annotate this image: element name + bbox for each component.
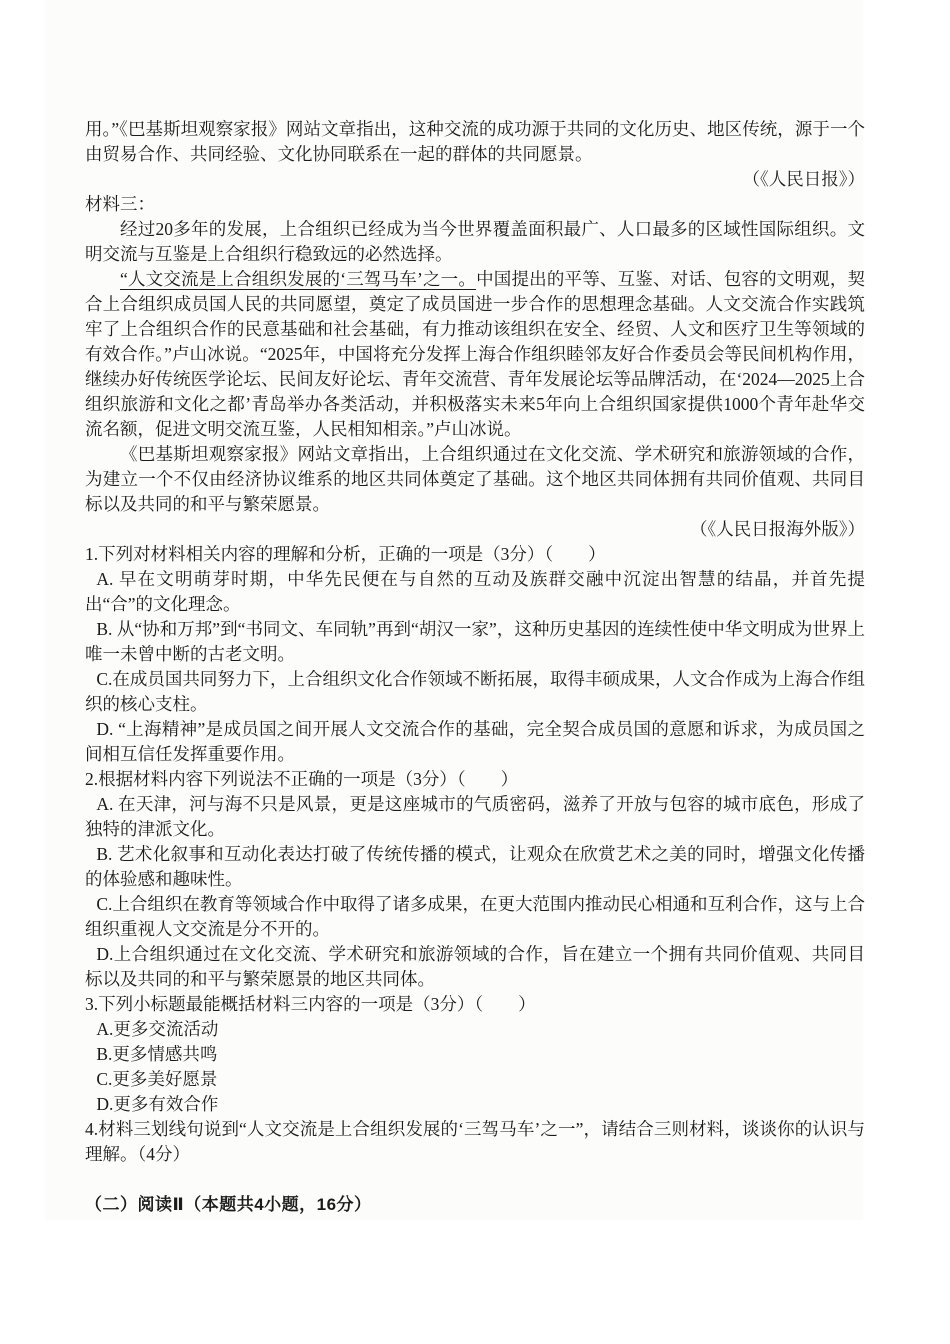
- question-stem: 1.下列对材料相关内容的理解和分析，正确的一项是（3分）（ ）: [85, 542, 865, 567]
- text-run: C.上合组织在教育等领域合作中取得了诸多成果，在更大范围内推动民心相通和互利合作…: [85, 894, 865, 939]
- text-run: 1.下列对材料相关内容的理解和分析，正确的一项是（3分）（ ）: [85, 544, 606, 564]
- answer-option: C.在成员国共同努力下，上合组织文化合作领域不断拓展，取得丰硕成果，人文合作成为…: [85, 667, 865, 717]
- question-stem: 2.根据材料内容下列说法不正确的一项是（3分）（ ）: [85, 767, 865, 792]
- answer-option: B. 从“协和万邦”到“书同文、车同轨”再到“胡汉一家”，这种历史基因的连续性使…: [85, 617, 865, 667]
- document-body: 用。”《巴基斯坦观察家报》网站文章指出，这种交流的成功源于共同的文化历史、地区传…: [85, 117, 865, 1217]
- text-run: A. 在天津，河与海不只是风景，更是这座城市的气质密码，滋养了开放与包容的城市底…: [85, 794, 865, 839]
- text-run: C.更多美好愿景: [96, 1069, 217, 1089]
- body-text-paragraph: 经过20多年的发展，上合组织已经成为当今世界覆盖面积最广、人口最多的区域性国际组…: [85, 217, 865, 267]
- answer-option: D.上合组织通过在文化交流、学术研究和旅游领域的合作，旨在建立一个拥有共同价值观…: [85, 942, 865, 992]
- text-run: B. 艺术化叙事和互动化表达打破了传统传播的模式，让观众在欣赏艺术之美的同时，增…: [85, 844, 865, 889]
- answer-option: A.更多交流活动: [85, 1017, 865, 1042]
- text-run: 用。”《巴基斯坦观察家报》网站文章指出，这种交流的成功源于共同的文化历史、地区传…: [85, 119, 865, 164]
- text-run: B.更多情感共鸣: [96, 1044, 217, 1064]
- question-stem: 3.下列小标题最能概括材料三内容的一项是（3分）（ ）: [85, 992, 865, 1017]
- text-run: A. 早在文明萌芽时期，中华先民便在与自然的互动及族群交融中沉淀出智慧的结晶，并…: [85, 569, 865, 614]
- exam-paper-page: 用。”《巴基斯坦观察家报》网站文章指出，这种交流的成功源于共同的文化历史、地区传…: [0, 0, 950, 1344]
- section-heading: （二）阅读Ⅱ（本题共4小题，16分）: [85, 1192, 865, 1217]
- question-stem: 4.材料三划线句说到“人文交流是上合组织发展的‘三驾马车’之一”，请结合三则材料…: [85, 1117, 865, 1167]
- answer-option: C.更多美好愿景: [85, 1067, 865, 1092]
- text-run: 4.材料三划线句说到“人文交流是上合组织发展的‘三驾马车’之一”，请结合三则材料…: [85, 1119, 865, 1164]
- material-label: 材料三：: [85, 192, 865, 217]
- text-run: A.更多交流活动: [96, 1019, 218, 1039]
- answer-option: D.更多有效合作: [85, 1092, 865, 1117]
- text-run: 材料三：: [85, 194, 155, 214]
- answer-option: B.更多情感共鸣: [85, 1042, 865, 1067]
- text-run: B. 从“协和万邦”到“书同文、车同轨”再到“胡汉一家”，这种历史基因的连续性使…: [85, 619, 865, 664]
- source-credit: （《人民日报》）: [85, 167, 865, 192]
- body-text-paragraph: 用。”《巴基斯坦观察家报》网站文章指出，这种交流的成功源于共同的文化历史、地区传…: [85, 117, 865, 167]
- text-run: 中国提出的平等、互鉴、对话、包容的文明观，契合上合组织成员国人民的共同愿望，奠定…: [85, 269, 865, 439]
- text-run: D. “上海精神”是成员国之间开展人文交流合作的基础，完全契合成员国的意愿和诉求…: [85, 719, 865, 764]
- answer-option: A. 早在文明萌芽时期，中华先民便在与自然的互动及族群交融中沉淀出智慧的结晶，并…: [85, 567, 865, 617]
- text-run: 《巴基斯坦观察家报》网站文章指出，上合组织通过在文化交流、学术研究和旅游领域的合…: [85, 444, 865, 514]
- answer-option: B. 艺术化叙事和互动化表达打破了传统传播的模式，让观众在欣赏艺术之美的同时，增…: [85, 842, 865, 892]
- answer-option: C.上合组织在教育等领域合作中取得了诸多成果，在更大范围内推动民心相通和互利合作…: [85, 892, 865, 942]
- body-text-paragraph: 《巴基斯坦观察家报》网站文章指出，上合组织通过在文化交流、学术研究和旅游领域的合…: [85, 442, 865, 517]
- text-run: （《人民日报海外版》）: [690, 519, 865, 539]
- answer-option: D. “上海精神”是成员国之间开展人文交流合作的基础，完全契合成员国的意愿和诉求…: [85, 717, 865, 767]
- text-run: （二）阅读Ⅱ（本题共4小题，16分）: [85, 1195, 372, 1214]
- text-run: 经过20多年的发展，上合组织已经成为当今世界覆盖面积最广、人口最多的区域性国际组…: [85, 219, 865, 264]
- text-run: D.更多有效合作: [96, 1094, 218, 1114]
- body-text-paragraph: “人文交流是上合组织发展的‘三驾马车’之一。中国提出的平等、互鉴、对话、包容的文…: [85, 267, 865, 442]
- source-credit: （《人民日报海外版》）: [85, 517, 865, 542]
- text-run: C.在成员国共同努力下，上合组织文化合作领域不断拓展，取得丰硕成果，人文合作成为…: [85, 669, 865, 714]
- text-run: D.上合组织通过在文化交流、学术研究和旅游领域的合作，旨在建立一个拥有共同价值观…: [85, 944, 865, 989]
- text-run: 3.下列小标题最能概括材料三内容的一项是（3分）（ ）: [85, 994, 536, 1014]
- text-run: （《人民日报》）: [743, 169, 866, 189]
- text-run: 2.根据材料内容下列说法不正确的一项是（3分）（ ）: [85, 769, 518, 789]
- answer-option: A. 在天津，河与海不只是风景，更是这座城市的气质密码，滋养了开放与包容的城市底…: [85, 792, 865, 842]
- underlined-text: “人文交流是上合组织发展的‘三驾马车’之一。: [120, 269, 476, 289]
